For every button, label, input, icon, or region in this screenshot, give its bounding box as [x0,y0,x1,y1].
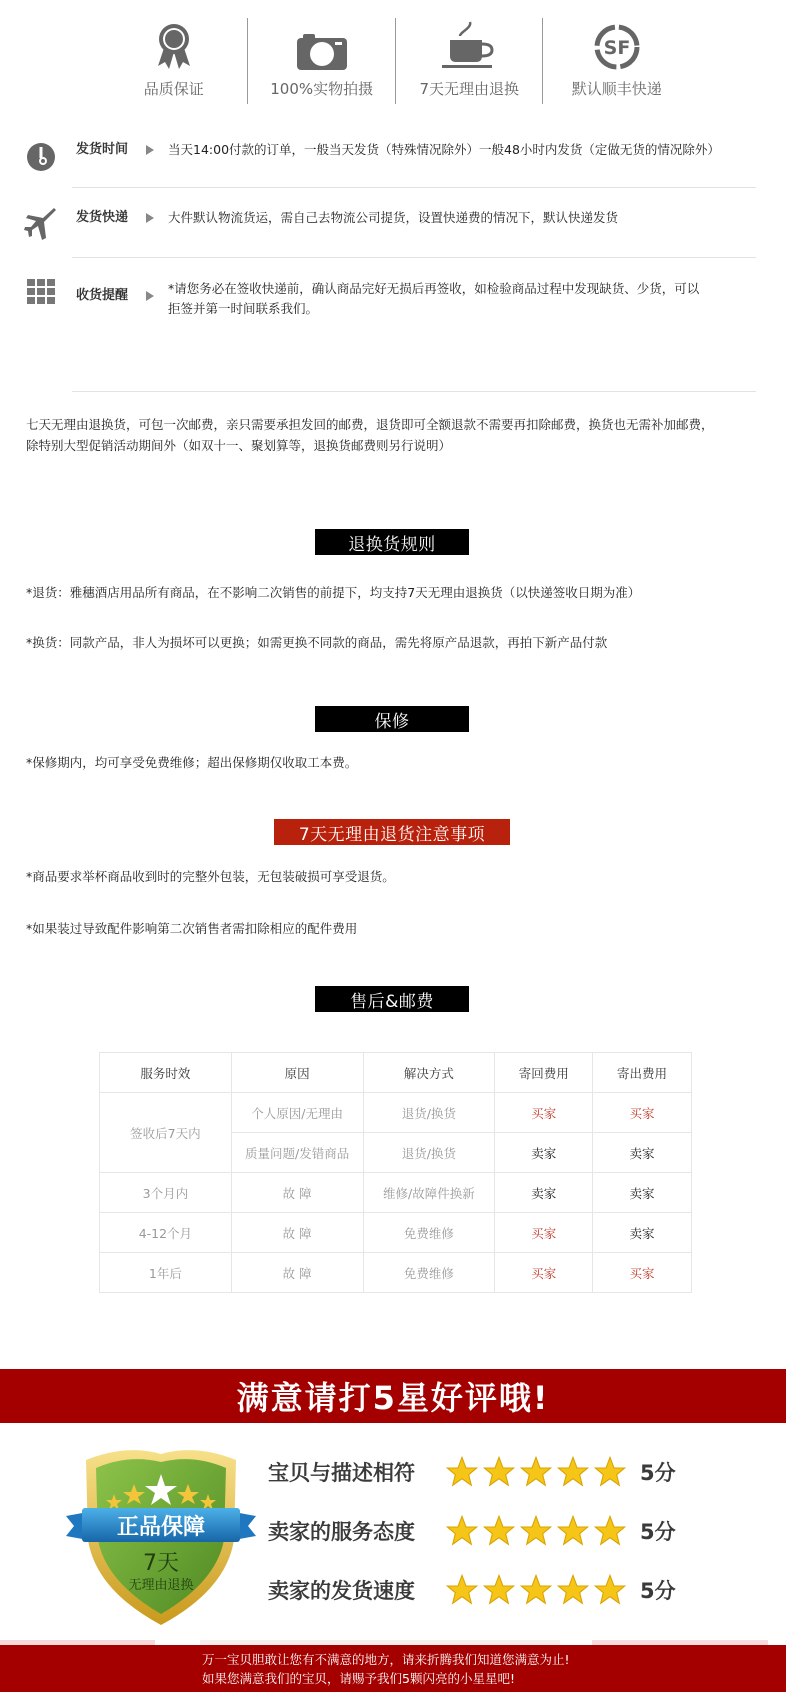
solution-cell: 免费维修 [363,1213,495,1253]
solution-cell: 维修/故障件换新 [363,1173,495,1213]
info-row-ship-time: 发货时间 当天14:00付款的订单，一般当天发货（特殊情况除外）一般48小时内发… [24,140,754,174]
table-row: 4-12个月 故 障 免费维修 买家 卖家 [100,1213,692,1253]
solution-cell: 退货/换货 [363,1093,495,1133]
section-title-return-rules: 退换货规则 [315,529,469,555]
rating-score: 5分 [640,1516,676,1546]
reason-cell: 故 障 [231,1213,363,1253]
return-fee-cell: 买家 [495,1213,593,1253]
rating-row-shipping-speed: 卖家的发货速度 5分 [268,1570,676,1610]
aftersale-fee-table: 服务时效 原因 解决方式 寄回费用 寄出费用 签收后7天内 个人原因/无理由 退… [99,1052,692,1293]
send-fee-cell: 卖家 [593,1133,692,1173]
table-header-row: 服务时效 原因 解决方式 寄回费用 寄出费用 [100,1053,692,1093]
table-row: 签收后7天内 个人原因/无理由 退货/换货 买家 买家 [100,1093,692,1133]
star-icon [520,1574,552,1606]
info-value: *请您务必在签收快递前，确认商品完好无损后再签收，如检验商品过程中发现缺货、少货… [168,279,699,299]
return-fee-cell: 买家 [495,1093,593,1133]
coffee-cup-icon [442,18,496,70]
reason-cell: 个人原因/无理由 [231,1093,363,1133]
star-icon [446,1574,478,1606]
star-icon [446,1456,478,1488]
divider [72,391,756,392]
reason-cell: 故 障 [231,1253,363,1293]
section-title-aftersale: 售后&邮费 [315,986,469,1012]
send-fee-cell: 买家 [593,1253,692,1293]
table-row: 1年后 故 障 免费维修 买家 买家 [100,1253,692,1293]
intro-line: 七天无理由退换货，可包一次邮费，亲只需要承担发回的邮费，退货即可全额退款不需要再… [26,414,766,435]
period-cell: 3个月内 [100,1173,232,1213]
feature-label: 品质保证 [144,78,204,99]
authentic-guarantee-badge: 正品保障 7天 无理由退换 [66,1440,256,1630]
award-ribbon-icon [156,18,192,70]
feature-7day-return: 7天无理由退换 [395,18,543,104]
badge-title: 正品保障 [66,1510,256,1541]
column-header: 服务时效 [100,1053,232,1093]
reason-cell: 故 障 [231,1173,363,1213]
section-title-return-notes: 7天无理由退货注意事项 [274,819,510,845]
star-icon [483,1515,515,1547]
star-icon [557,1456,589,1488]
footer-banner: 万一宝贝胆敢让您有不满意的地方，请来折腾我们知道您满意为止! 如果您满意我们的宝… [0,1645,786,1692]
five-stars [446,1456,626,1488]
info-key: 收货提醒 [76,286,136,306]
footer-line: 万一宝贝胆敢让您有不满意的地方，请来折腾我们知道您满意为止! [202,1650,786,1669]
return-fee-cell: 卖家 [495,1173,593,1213]
star-icon [483,1456,515,1488]
send-fee-cell: 卖家 [593,1213,692,1253]
info-value-block: *请您务必在签收快递前，确认商品完好无损后再签收，如检验商品过程中发现缺货、少货… [168,279,699,319]
rating-banner: 满意请打5星好评哦! [0,1369,786,1423]
star-icon [483,1574,515,1606]
section-title-warranty: 保修 [315,706,469,732]
star-icon [520,1456,552,1488]
divider [72,257,756,258]
rating-row-description: 宝贝与描述相符 5分 [268,1452,676,1492]
triangle-right-icon [146,145,154,155]
period-cell: 1年后 [100,1253,232,1293]
star-icon [557,1515,589,1547]
period-cell: 4-12个月 [100,1213,232,1253]
triangle-right-icon [146,291,154,301]
feature-label: 100%实物拍摄 [270,78,373,99]
star-icon [594,1515,626,1547]
exchange-rule-item: *换货：同款产品，非人为损坏可以更换；如需更换不同款的商品，需先将原产品退款，再… [26,632,766,653]
star-icon [594,1456,626,1488]
return-fee-cell: 卖家 [495,1133,593,1173]
send-fee-cell: 卖家 [593,1173,692,1213]
send-fee-cell: 买家 [593,1093,692,1133]
triangle-right-icon [146,213,154,223]
info-row-receipt-reminder: 收货提醒 *请您务必在签收快递前，确认商品完好无损后再签收，如检验商品过程中发现… [24,279,754,319]
return-rule-item: *退货：雅穗酒店用品所有商品，在不影响二次销售的前提下，均支持7天无理由退换货（… [26,582,766,603]
airplane-icon [24,208,58,242]
footer-line: 如果您满意我们的宝贝，请赐予我们5颗闪亮的小星星吧! [202,1669,786,1688]
warranty-item: *保修期内，均可享受免费维修；超出保修期仅收取工本费。 [26,752,766,773]
table-row: 3个月内 故 障 维修/故障件换新 卖家 卖家 [100,1173,692,1213]
reason-cell: 质量问题/发错商品 [231,1133,363,1173]
grid-icon [24,279,58,313]
column-header: 寄回费用 [495,1053,593,1093]
star-icon [594,1574,626,1606]
info-key: 发货快递 [76,208,136,228]
rating-label: 卖家的服务态度 [268,1516,446,1546]
feature-strip: 品质保证 100%实物拍摄 7天无理由退换 SF [100,18,690,108]
feature-quality: 品质保证 [100,18,247,104]
badge-subtitle: 无理由退换 [66,1574,256,1593]
solution-cell: 退货/换货 [363,1133,495,1173]
rating-score: 5分 [640,1457,676,1487]
note-item: *如果装过导致配件影响第二次销售者需扣除相应的配件费用 [26,918,766,939]
info-value-line2: 拒签并第一时间联系我们。 [168,299,699,319]
return-fee-cell: 买家 [495,1253,593,1293]
column-header: 寄出费用 [593,1053,692,1093]
camera-icon [297,18,347,70]
sf-express-icon: SF [594,18,640,70]
rating-label: 卖家的发货速度 [268,1575,446,1605]
five-stars [446,1515,626,1547]
feature-label: 7天无理由退换 [419,78,519,99]
feature-label: 默认顺丰快递 [572,78,662,99]
clock-icon [24,140,58,174]
badge-days: 7天 [66,1546,256,1577]
intro-line: 除特别大型促销活动期间外（如双十一、聚划算等，退换货邮费则另行说明） [26,435,766,456]
star-icon [557,1574,589,1606]
column-header: 原因 [231,1053,363,1093]
feature-real-photo: 100%实物拍摄 [247,18,395,104]
info-row-courier: 发货快递 大件默认物流货运，需自己去物流公司提货，设置快递费的情况下，默认快递发… [24,208,754,242]
info-key: 发货时间 [76,140,136,160]
info-value: 当天14:00付款的订单，一般当天发货（特殊情况除外）一般48小时内发货（定做无… [168,140,720,160]
column-header: 解决方式 [363,1053,495,1093]
divider [72,187,756,188]
feature-sf-express: SF 默认顺丰快递 [542,18,690,104]
intro-paragraph: 七天无理由退换货，可包一次邮费，亲只需要承担发回的邮费，退货即可全额退款不需要再… [26,414,766,456]
note-item: *商品要求举杯商品收到时的完整外包装，无包装破损可享受退货。 [26,866,766,887]
info-value: 大件默认物流货运，需自己去物流公司提货，设置快递费的情况下，默认快递发货 [168,208,618,228]
svg-text:SF: SF [603,37,630,59]
solution-cell: 免费维修 [363,1253,495,1293]
rating-score: 5分 [640,1575,676,1605]
star-icon [520,1515,552,1547]
rating-label: 宝贝与描述相符 [268,1457,446,1487]
period-cell: 签收后7天内 [100,1093,232,1173]
rating-row-service: 卖家的服务态度 5分 [268,1511,676,1551]
star-icon [446,1515,478,1547]
five-stars [446,1574,626,1606]
